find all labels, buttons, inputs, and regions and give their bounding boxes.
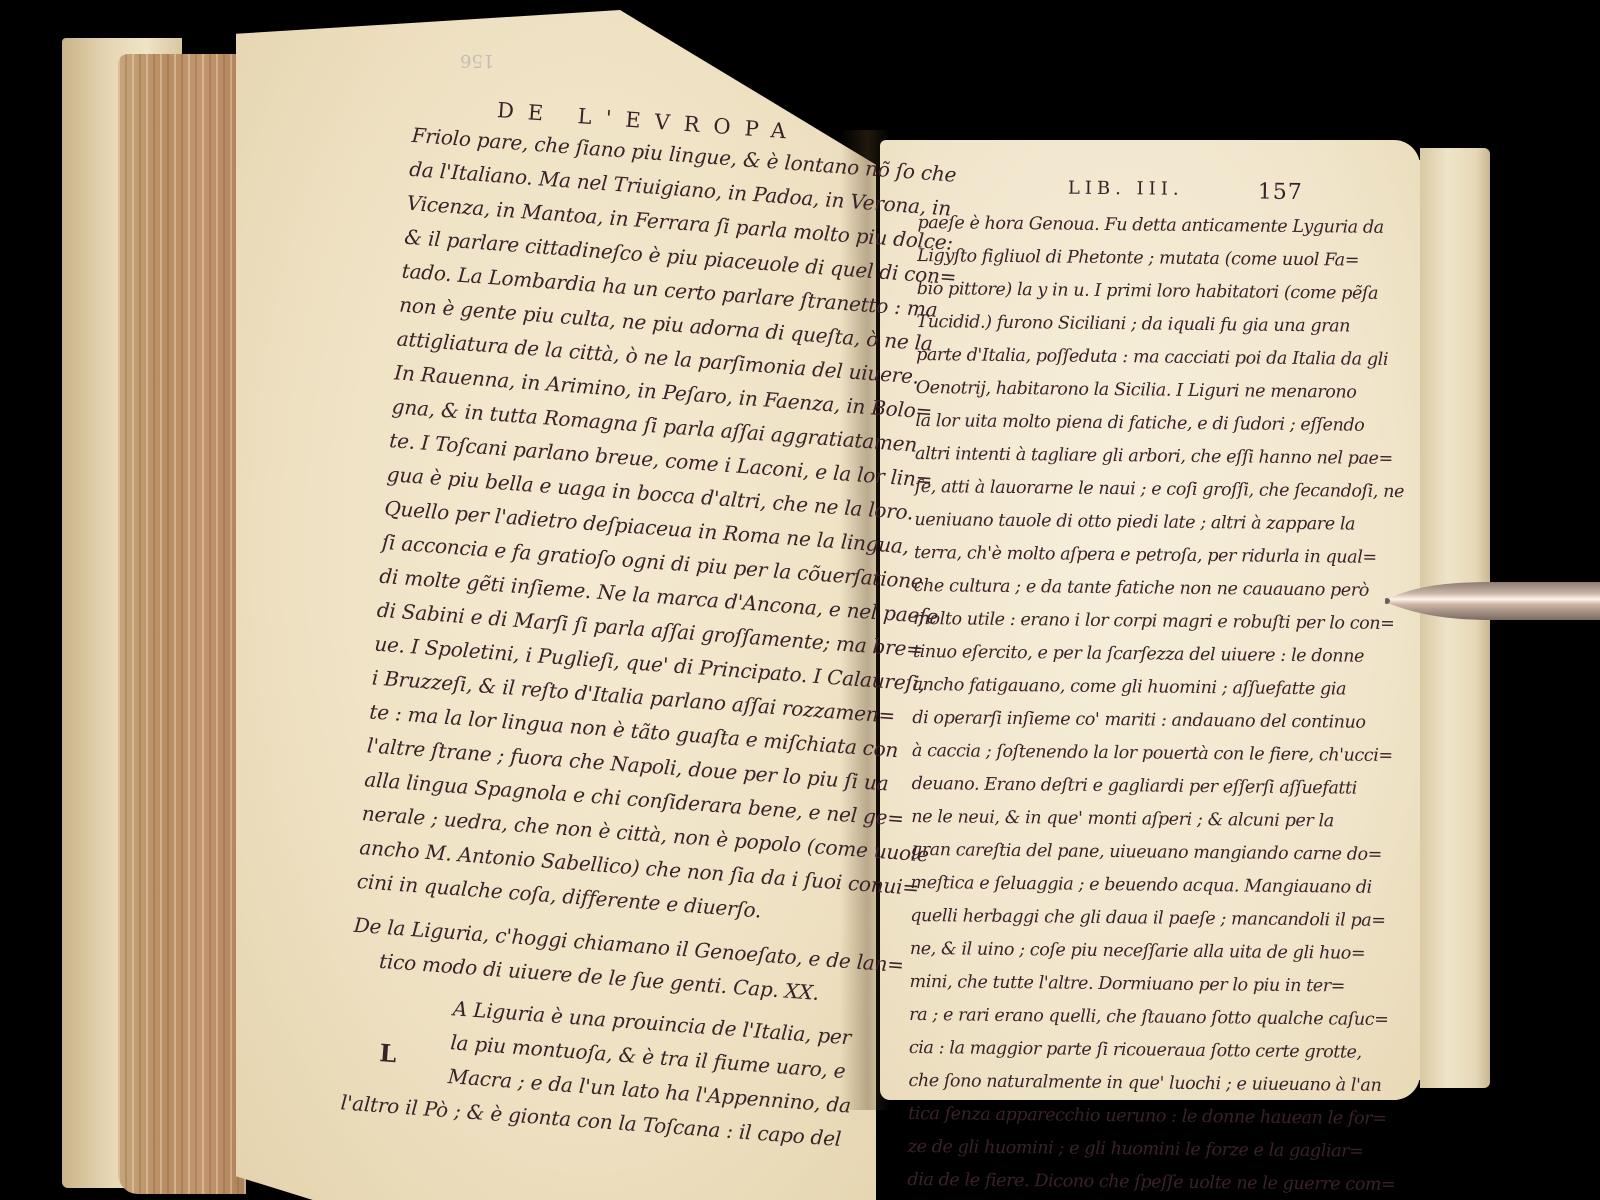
text-line: meſtica e ſeluaggia ; e beuendo acqua. M… [910, 867, 1305, 904]
metal-pointer-icon [1385, 576, 1600, 626]
text-line: ra ; e rari erano quelli, che ſtauano ſo… [909, 999, 1304, 1036]
right-running-head: LIB. III. 157 [1068, 178, 1303, 205]
text-line: che cultura ; e da tante fatiche non ne … [914, 570, 1309, 607]
text-line: che ſono naturalmente in que' luochi ; e… [908, 1065, 1303, 1102]
text-line: bio pittore) la y in u. I primi loro hab… [917, 273, 1312, 310]
text-line: paeſe è hora Genoua. Fu detta anticament… [917, 207, 1312, 244]
text-line: gran careſtia del pane, uiueuano mangian… [911, 834, 1306, 871]
text-line: la lor uita molto piena di fatiche, e di… [915, 405, 1310, 442]
text-line: ancho fatigauano, come gli huomini ; aſſ… [912, 669, 1307, 706]
text-line: tinuo eſercito, e per la ſcarſezza del u… [913, 636, 1308, 673]
text-line: Ligyſto figliuol di Phetonte ; mutata (c… [917, 240, 1312, 277]
text-line: ueniuano tauole di otto piedi late ; alt… [914, 504, 1309, 541]
text-line: mini, che tutte l'altre. Dormiuano per l… [909, 966, 1304, 1003]
text-line: deuano. Erano deſtri e gagliardi per eſſ… [911, 768, 1306, 805]
text-line: ne le neui, & in que' monti aſperi ; & a… [911, 801, 1306, 838]
text-line: quelli herbaggi che gli daua il paeſe ; … [910, 900, 1305, 937]
drop-cap: L [378, 1038, 397, 1068]
running-head-title: LIB. III. [1068, 178, 1184, 204]
text-line: à caccia ; ſoſtenendo la lor pouertà con… [912, 735, 1307, 772]
text-line: altri intenti à tagliare gli arbori, che… [915, 438, 1310, 475]
page-fore-edge [118, 54, 246, 1194]
text-line: Tucidid.) furono Siciliani ; da iquali f… [916, 306, 1311, 343]
text-line: dia de le fiere. Dicono che ſpeſſe uolte… [907, 1164, 1302, 1200]
right-page-text: LIB. III. 157 paeſe è hora Genoua. Fu de… [907, 176, 1313, 1200]
page-number: 157 [1258, 180, 1303, 205]
text-line: tica ſenza apparecchio ueruno : le donne… [908, 1098, 1303, 1135]
text-line: parte d'Italia, poſſeduta : ma cacciati … [916, 339, 1311, 376]
text-line: molto utile : erano i lor corpi magri e … [913, 603, 1308, 640]
text-line: di operarſi inſieme co' mariti : andauan… [912, 702, 1307, 739]
text-line: ne, & il uino ; coſe piu neceſſarie alla… [910, 933, 1305, 970]
left-page-text: DE L'EVROPA Friolo pare, che ſiano piu l… [340, 92, 844, 1151]
text-line: Oenotrij, habitarono la Sicilia. I Ligur… [916, 372, 1311, 409]
show-through-folio: 156 [460, 50, 494, 71]
book-photo: 156 DE L'EVROPA Friolo pare, che ſiano p… [0, 0, 1600, 1200]
text-line: cia : la maggior parte ſi ricoueraua ſot… [909, 1032, 1304, 1069]
text-line: terra, ch'è molto aſpera e petroſa, per … [914, 537, 1309, 574]
text-line: ſe, atti à lauorarne le naui ; e coſi gr… [915, 471, 1310, 508]
text-line: ze de gli huomini ; e gli huomini le for… [908, 1131, 1303, 1168]
